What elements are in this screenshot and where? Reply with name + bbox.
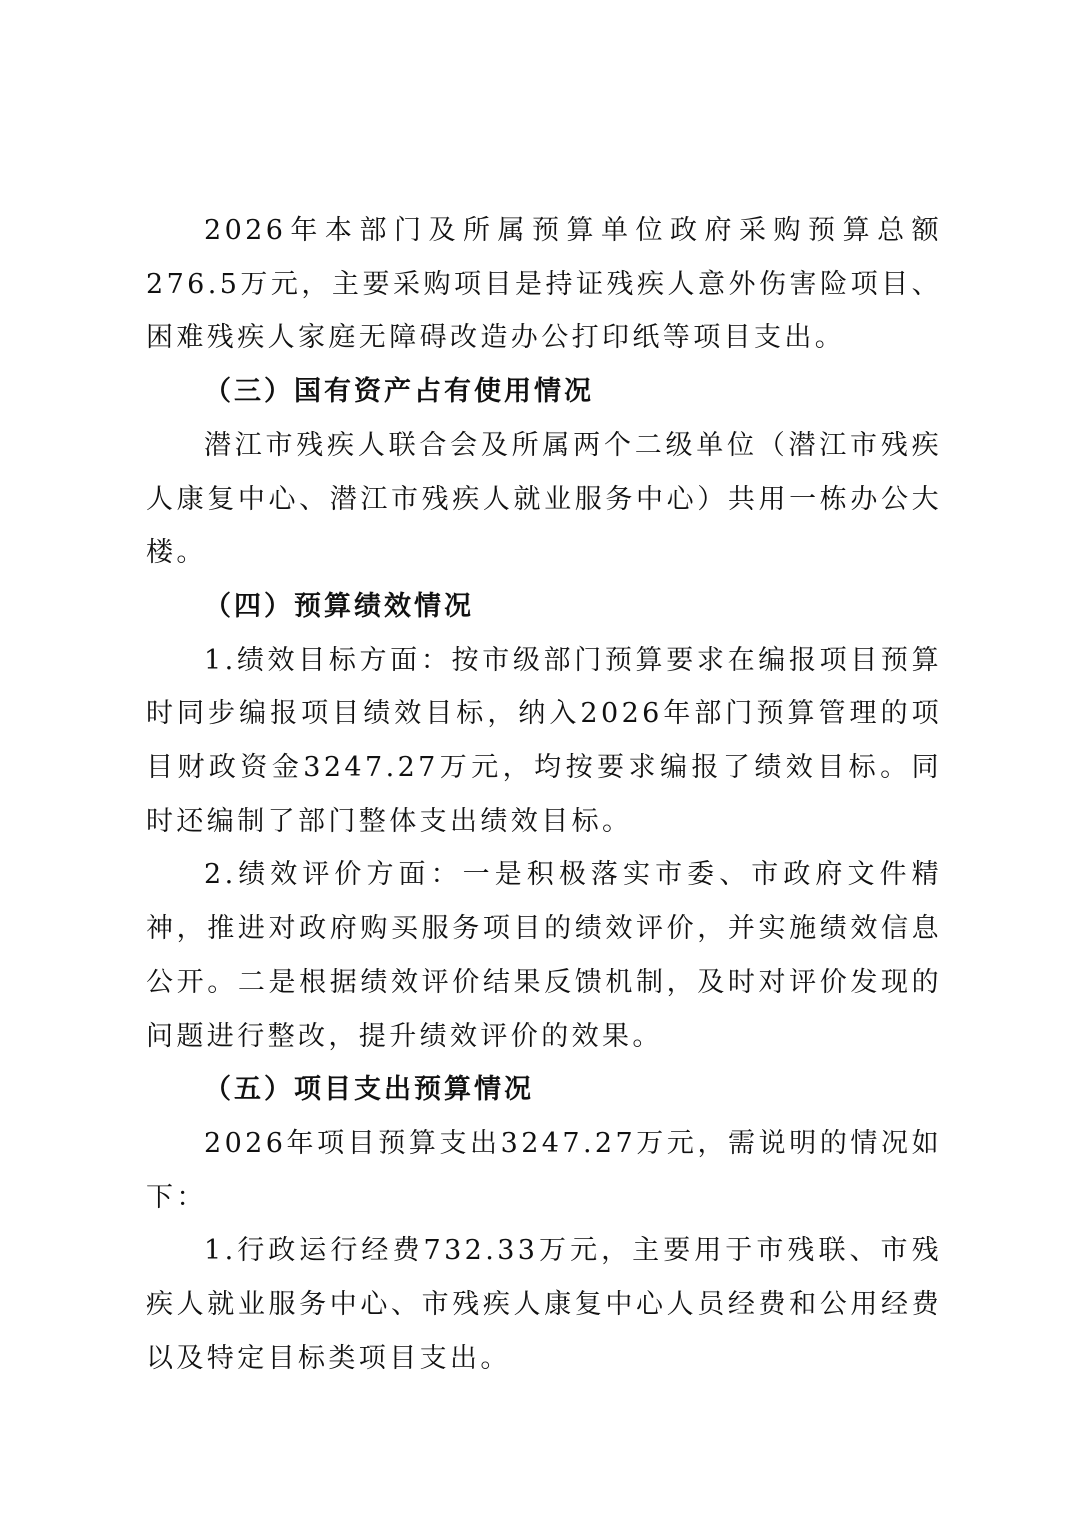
document-body: 2026年本部门及所属预算单位政府采购预算总额276.5万元，主要采购项目是持证… [146,204,942,1385]
paragraph-project-expenditure-total: 2026年项目预算支出3247.27万元，需说明的情况如下： [146,1117,942,1224]
heading-performance: （四）预算绩效情况 [146,580,942,634]
paragraph-admin-operating-costs: 1.行政运行经费732.33万元，主要用于市残联、市残疾人就业服务中心、市残疾人… [146,1224,942,1385]
paragraph-state-assets: 潜江市残疾人联合会及所属两个二级单位（潜江市残疾人康复中心、潜江市残疾人就业服务… [146,419,942,580]
paragraph-performance-evaluation: 2.绩效评价方面：一是积极落实市委、市政府文件精神，推进对政府购买服务项目的绩效… [146,848,942,1063]
paragraph-procurement-budget: 2026年本部门及所属预算单位政府采购预算总额276.5万元，主要采购项目是持证… [146,204,942,365]
heading-state-assets: （三）国有资产占有使用情况 [146,365,942,419]
heading-project-expenditure: （五）项目支出预算情况 [146,1063,942,1117]
document-page: 2026年本部门及所属预算单位政府采购预算总额276.5万元，主要采购项目是持证… [0,0,1074,1520]
paragraph-performance-goals: 1.绩效目标方面：按市级部门预算要求在编报项目预算时同步编报项目绩效目标，纳入2… [146,634,942,849]
